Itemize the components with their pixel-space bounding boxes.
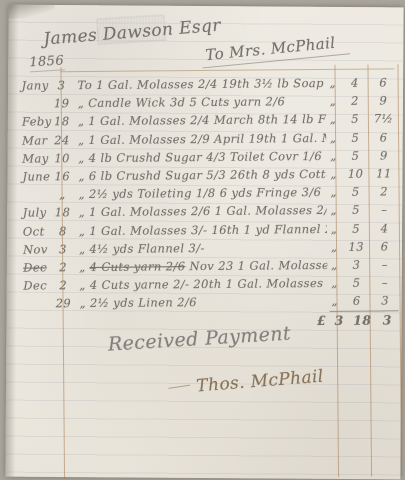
cell-ditto: „	[326, 167, 341, 181]
year-label: 1856	[29, 53, 65, 72]
ledger-sheet: James Dawson Esqr To Mrs. McPhail 1856 J…	[5, 4, 404, 479]
currency-symbol: £	[314, 313, 330, 328]
cell-shillings: 5	[341, 221, 371, 235]
cell-ditto: „	[326, 112, 341, 126]
cell-month: May	[22, 151, 53, 165]
cell-month: Feby	[22, 115, 53, 129]
cell-shillings: 5	[340, 130, 370, 144]
cell-description: „ 1 Gal. Molasses 2/6 1 Gal. Molasses 2/…	[72, 203, 327, 219]
cell-pence: –	[371, 257, 398, 271]
cell-pence: 9	[370, 94, 397, 108]
cell-pence: 2	[371, 185, 398, 199]
cell-pence: –	[371, 275, 398, 289]
cell-pence: 9	[370, 148, 397, 162]
cell-month: Dec	[23, 260, 54, 274]
cell-shillings: 5	[340, 112, 370, 126]
cell-month: Nov	[23, 242, 54, 256]
cell-month: July	[23, 206, 54, 220]
struck-text: 4 Cuts yarn 2/6	[90, 259, 186, 274]
cell-pence: 6	[370, 130, 397, 144]
cell-day: 29	[54, 296, 72, 310]
cell-shillings: 13	[341, 239, 371, 253]
cell-month: Oct	[23, 224, 54, 238]
cell-day: 3	[52, 78, 70, 92]
cell-day: 3	[54, 242, 72, 256]
cell-description: „ 2½ yds Linen 2/6	[72, 294, 327, 310]
cell-shillings: 4	[340, 76, 370, 90]
cell-pence: 6	[371, 239, 398, 253]
cell-shillings: 3	[341, 258, 371, 272]
cell-pence: –	[371, 203, 398, 217]
cell-day: 18	[53, 115, 71, 129]
total-shillings: 18	[349, 313, 376, 328]
cell-ditto: „	[326, 149, 341, 163]
cell-pence: 6	[370, 75, 397, 89]
cell-pence: 4	[371, 221, 398, 235]
billed-to-line: To Mrs. McPhail	[201, 32, 351, 68]
cell-ditto: „	[326, 130, 341, 144]
cell-day: 2	[54, 260, 72, 274]
rest-text: Nov 23 1 Gal. Molasses	[189, 258, 327, 273]
cell-day: 19	[52, 96, 70, 110]
cell-month: Mar	[22, 133, 53, 147]
cell-shillings: 5	[341, 203, 371, 217]
cell-ditto: „	[327, 294, 342, 308]
cell-ditto: „	[327, 203, 342, 217]
scan-corner-shadow	[9, 5, 55, 19]
cell-ditto: „	[327, 276, 342, 290]
cell-description: „ 4 lb Crushd Sugar 4/3 Toilet Covr 1/6	[71, 149, 326, 165]
cell-description: To 1 Gal. Molasses 2/4 19th 3½ lb Soap 2…	[71, 76, 326, 92]
cell-shillings: 5	[342, 276, 372, 290]
cell-day: 16	[53, 169, 71, 183]
cell-month: Dec	[23, 278, 54, 292]
ledger-rows: Jany 3 To 1 Gal. Molasses 2/4 19th 3½ lb…	[22, 73, 399, 313]
cell-day: 10	[53, 151, 71, 165]
cell-description: „ 1 Gal. Molasses 2/4 March 8th 14 lb Fl…	[71, 112, 326, 128]
table-top-rule	[61, 68, 395, 72]
cell-description: „ 2½ yds Toileting 1/8 6 yds Fringe 3/6	[72, 185, 327, 201]
cell-pence: 7½	[370, 112, 397, 126]
cell-description: „ Candle Wick 3d 5 Cuts yarn 2/6	[71, 94, 326, 110]
cell-shillings: 2	[340, 94, 370, 108]
cell-shillings: 10	[341, 167, 371, 181]
signature-flourish	[168, 385, 190, 389]
cell-day: 8	[54, 224, 72, 238]
cell-description: „ 1 Gal. Molasses 3/- 16th 1 yd Flannel …	[72, 222, 327, 238]
cell-month: June	[22, 169, 53, 183]
cell-ditto: „	[327, 240, 342, 254]
total-pence: 3	[376, 312, 399, 327]
document-scan: { "header": { "addressee": "James Dawson…	[0, 0, 405, 480]
cell-ditto: „	[327, 258, 342, 272]
cell-shillings: 5	[341, 185, 371, 199]
total-pounds: 3	[329, 313, 348, 328]
paper-sheet: James Dawson Esqr To Mrs. McPhail 1856 J…	[5, 5, 403, 480]
cell-shillings: 5	[340, 148, 370, 162]
cell-pence: 3	[372, 294, 399, 308]
cell-description: „ 6 lb Crushd Sugar 5/3 26th 8 yds Cotto…	[71, 167, 326, 183]
cell-day: 2	[54, 278, 72, 292]
cell-month: Jany	[22, 78, 53, 92]
cell-day: 24	[53, 133, 71, 147]
cell-shillings: 6	[342, 294, 372, 308]
cell-description: „ 1 Gal. Molasses 2/9 April 19th 1 Gal. …	[71, 131, 326, 147]
cell-description: „ 4 Cuts yarn 2/6 Nov 23 1 Gal. Molasses	[72, 258, 327, 274]
cell-ditto: „	[326, 94, 341, 108]
cell-ditto: „	[326, 185, 341, 199]
cell-day: „	[53, 187, 71, 201]
cell-description: „ 4½ yds Flannel 3/-	[72, 240, 327, 256]
cell-description: „ 4 Cuts yarne 2/- 20th 1 Gal. Molasses …	[72, 276, 327, 292]
cell-pence: 11	[370, 166, 397, 180]
signature: Thos. McPhail	[196, 367, 325, 397]
cell-ditto: „	[327, 221, 342, 235]
cell-ditto: „	[325, 76, 340, 90]
cell-day: 18	[53, 206, 71, 220]
